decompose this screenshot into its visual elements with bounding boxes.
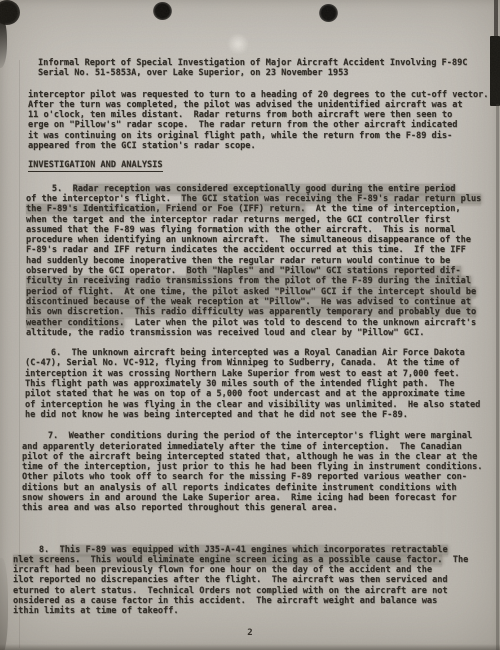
highlighted-text: his own discretion. This radio difficult…: [26, 307, 476, 317]
text-segment: pilot stated that he was on top of a 5,0…: [25, 389, 465, 399]
document-blocks: Informal Report of Special Investigation…: [0, 58, 500, 617]
text-segment: when the target and the interceptor rada…: [26, 215, 450, 225]
text-line: of the interceptor's flight. The GCI sta…: [26, 194, 500, 204]
text-line: when the target and the interceptor rada…: [26, 215, 500, 225]
text-line: 5. Radar reception was considered except…: [26, 184, 500, 194]
text-line: onsidered as a cause factor in this acci…: [13, 596, 500, 606]
text-line: 8. This F-89 was equipped with J35-A-41 …: [13, 545, 500, 555]
text-segment: ithin limits at time of takeoff.: [13, 606, 179, 616]
text-segment: F-89's radar and IFF return indicates th…: [26, 245, 466, 255]
text-segment: 8.: [13, 545, 60, 555]
text-line: 11 o'clock, ten miles distant. Radar ret…: [28, 110, 500, 120]
text-line: (C-47), Serial No. VC-912, flying from W…: [25, 358, 500, 368]
text-line: INVESTIGATION AND ANALYSIS: [28, 160, 500, 170]
text-line: nlet screens. This would eliminate engin…: [13, 555, 500, 565]
text-line: erge on "Pillow's" radar scope. The rada…: [28, 120, 500, 130]
text-line: ficulty in receiving radio transmissions…: [26, 276, 500, 286]
block-intro: interceptor pilot was requested to turn …: [28, 90, 500, 152]
text-line: ilot reported no discrepancies after the…: [13, 575, 500, 585]
block-header: Informal Report of Special Investigation…: [38, 58, 500, 79]
block-heading: INVESTIGATION AND ANALYSIS: [28, 160, 500, 170]
bottom-edge-shadow: [0, 644, 500, 650]
highlighted-text: weather conditions.: [26, 318, 124, 328]
text-line: assumed that the F-89 was flying formati…: [26, 225, 500, 235]
text-line: ditions but an analysis of all reports i…: [22, 483, 500, 493]
text-line: altitude, the radio transmission was rec…: [26, 328, 500, 338]
text-segment: altitude, the radio transmission was rec…: [26, 328, 424, 338]
text-segment: Informal Report of Special Investigation…: [38, 58, 467, 68]
text-line: eturned to alert status. Technical Order…: [13, 586, 500, 596]
highlighted-text: nlet screens. This would eliminate engin…: [13, 555, 442, 565]
text-segment: 7. Weather conditions during the period …: [22, 431, 472, 441]
text-line: had suddenly become inoperative then the…: [26, 256, 500, 266]
text-line: it was continuing on its original flight…: [28, 131, 500, 141]
text-line: procedure when identifying an unknown ai…: [26, 235, 500, 245]
text-segment: After the turn was completed, the pilot …: [28, 100, 463, 110]
text-line: Serial No. 51-5853A, over Lake Superior,…: [38, 68, 500, 78]
text-line: After the turn was completed, the pilot …: [28, 100, 500, 110]
text-segment: this area and was also reported througho…: [22, 503, 338, 513]
text-line: interception it was crossing Northern La…: [25, 369, 500, 379]
text-line: discontinued because of the weak recepti…: [26, 297, 500, 307]
text-line: This flight path was approximately 30 mi…: [25, 379, 500, 389]
text-segment: appeared from the GCI station's radar sc…: [28, 141, 256, 151]
text-line: time of the interception, just prior to …: [22, 462, 500, 472]
text-segment: snow showers in and around the Lake Supe…: [22, 493, 457, 503]
text-line: ithin limits at time of takeoff.: [13, 606, 500, 616]
text-segment: and apparently deteriorated immediately …: [22, 442, 462, 452]
text-segment: assumed that the F-89 was flying formati…: [26, 225, 455, 235]
highlighted-text: Both "Naples" and "Pillow" GCI stations …: [186, 266, 460, 276]
text-line: weather conditions. Later when the pilot…: [26, 318, 500, 328]
right-edge-shadow-top: [494, 0, 498, 38]
text-segment: procedure when identifying an unknown ai…: [26, 235, 471, 245]
text-line: pilot stated that he was on top of a 5,0…: [25, 389, 500, 399]
text-segment: observed by the GCI operator.: [26, 266, 186, 276]
page-number: 2: [0, 628, 500, 638]
text-segment: interceptor pilot was requested to turn …: [28, 90, 488, 100]
underlined-heading-text: INVESTIGATION AND ANALYSIS: [28, 160, 163, 172]
highlighted-text: This F-89 was equipped with J35-A-41 eng…: [60, 545, 448, 555]
text-line: ircraft had been previously flown for on…: [13, 565, 500, 575]
block-para5: 5. Radar reception was considered except…: [26, 184, 500, 338]
text-segment: 5.: [26, 184, 73, 194]
text-line: of interception he was flying in the cle…: [25, 400, 500, 410]
text-line: 7. Weather conditions during the period …: [22, 431, 500, 441]
text-line: snow showers in and around the Lake Supe…: [22, 493, 500, 503]
text-segment: This flight path was approximately 30 mi…: [25, 379, 454, 389]
text-line: interceptor pilot was requested to turn …: [28, 90, 500, 100]
text-segment: The: [442, 555, 468, 565]
punch-hole-left: [153, 2, 172, 20]
text-line: his own discretion. This radio difficult…: [26, 307, 500, 317]
text-segment: ditions but an analysis of all reports i…: [22, 483, 457, 493]
highlighted-text: ficulty in receiving radio transmissions…: [26, 276, 471, 286]
block-para7: 7. Weather conditions during the period …: [22, 431, 500, 513]
text-segment: 11 o'clock, ten miles distant. Radar ret…: [28, 110, 452, 120]
text-line: appeared from the GCI station's radar sc…: [28, 141, 500, 151]
text-line: observed by the GCI operator. Both "Napl…: [26, 266, 500, 276]
text-segment: pilot of the aircraft being intercepted …: [22, 452, 477, 462]
text-segment: ircraft had been previously flown for on…: [13, 565, 432, 575]
text-segment: (C-47), Serial No. VC-912, flying from W…: [25, 358, 460, 368]
text-line: he did not know he was being intercepted…: [25, 410, 500, 420]
highlighted-text: period of flight. At one time, the pilot…: [26, 287, 476, 297]
text-line: F-89's radar and IFF return indicates th…: [26, 245, 500, 255]
text-segment: eturned to alert status. Technical Order…: [13, 586, 448, 596]
text-segment: interception it was crossing Northern La…: [25, 369, 460, 379]
text-segment: Serial No. 51-5853A, over Lake Superior,…: [38, 68, 348, 78]
text-segment: At the time of interception,: [305, 204, 460, 214]
text-segment: he did not know he was being intercepted…: [25, 410, 408, 420]
text-line: Informal Report of Special Investigation…: [38, 58, 500, 68]
text-segment: Later when the pilot was told to descend…: [124, 318, 476, 328]
text-segment: had suddenly become inoperative then the…: [26, 256, 450, 266]
text-line: 6. The unknown aircraft being intercepte…: [25, 348, 500, 358]
text-line: the F-89's Identification, Friend or Foe…: [26, 204, 500, 214]
punch-hole-right: [319, 4, 338, 22]
text-segment: ilot reported no discrepancies after the…: [13, 575, 448, 585]
text-segment: erge on "Pillow's" radar scope. The rada…: [28, 120, 457, 130]
text-segment: of the interceptor's flight.: [26, 194, 181, 204]
text-line: and apparently deteriorated immediately …: [22, 442, 500, 452]
block-para6: 6. The unknown aircraft being intercepte…: [25, 348, 500, 420]
highlighted-text: the F-89's Identification, Friend or Foe…: [26, 204, 305, 214]
text-line: pilot of the aircraft being intercepted …: [22, 452, 500, 462]
text-segment: onsidered as a cause factor in this acci…: [13, 596, 437, 606]
text-line: period of flight. At one time, the pilot…: [26, 287, 500, 297]
highlighted-text: The GCI station was receiving the F-89's…: [181, 194, 481, 204]
text-segment: it was continuing on its original flight…: [28, 131, 452, 141]
text-segment: 6. The unknown aircraft being intercepte…: [25, 348, 465, 358]
scanned-document-page: Informal Report of Special Investigation…: [0, 0, 500, 650]
highlighted-text: discontinued because of the weak recepti…: [26, 297, 471, 307]
text-segment: time of the interception, just prior to …: [22, 462, 482, 472]
text-line: Other pilots who took off to search for …: [22, 472, 500, 482]
text-segment: of interception he was flying in the cle…: [25, 400, 480, 410]
light-spot: [227, 33, 249, 55]
text-line: this area and was also reported througho…: [22, 503, 500, 513]
highlighted-text: Radar reception was considered exception…: [73, 184, 456, 194]
block-para8: 8. This F-89 was equipped with J35-A-41 …: [13, 545, 500, 617]
text-segment: Other pilots who took off to search for …: [22, 472, 467, 482]
corner-ink-blob: [0, 0, 20, 25]
